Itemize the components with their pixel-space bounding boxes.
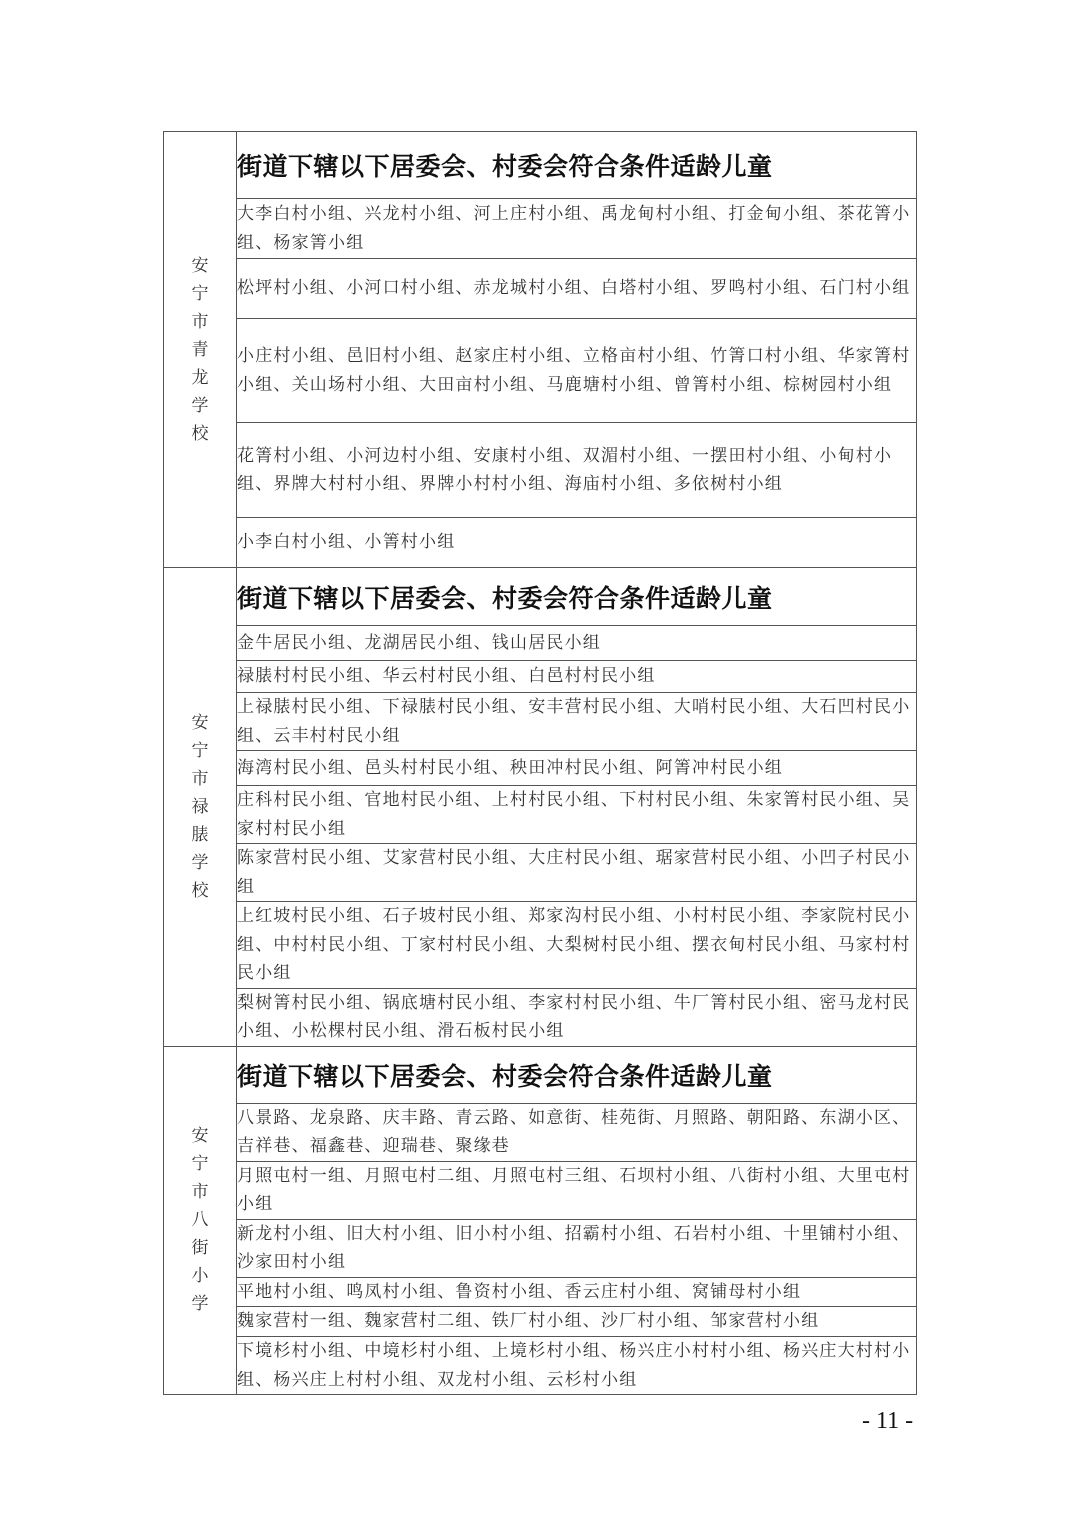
school-cell: 安宁市禄脿学校 (164, 568, 237, 1047)
table-row: 上禄脿村民小组、下禄脿村民小组、安丰营村民小组、大哨村民小组、大石凹村民小组、云… (237, 693, 917, 751)
block-header-row: 安宁市八街小学 街道下辖以下居委会、村委会符合条件适龄儿童 (164, 1046, 917, 1103)
block-header-row: 安宁市禄脿学校 街道下辖以下居委会、村委会符合条件适龄儿童 (164, 568, 917, 626)
table-row: 花箐村小组、小河边村小组、安康村小组、双湄村小组、一摆田村小组、小甸村小组、界牌… (237, 423, 917, 518)
table-row: 金牛居民小组、龙湖居民小组、钱山居民小组 (237, 626, 917, 661)
block-header-row: 安宁市青龙学校 街道下辖以下居委会、村委会符合条件适龄儿童 (164, 132, 917, 199)
block-header: 街道下辖以下居委会、村委会符合条件适龄儿童 (237, 132, 917, 199)
table-row: 小李白村小组、小箐村小组 (237, 518, 917, 568)
table-row: 上红坡村民小组、石子坡村民小组、郑家沟村民小组、小村村民小组、李家院村民小组、中… (237, 902, 917, 989)
school-cell: 安宁市青龙学校 (164, 132, 237, 568)
school-cell: 安宁市八街小学 (164, 1046, 237, 1395)
table-row: 下境杉村小组、中境杉村小组、上境杉村小组、杨兴庄小村村小组、杨兴庄大村村小组、杨… (237, 1337, 917, 1395)
block-header: 街道下辖以下居委会、村委会符合条件适龄儿童 (237, 1046, 917, 1103)
table-row: 大李白村小组、兴龙村小组、河上庄村小组、禹龙甸村小组、打金甸小组、茶花箐小组、杨… (237, 199, 917, 259)
table-row: 平地村小组、鸣凤村小组、鲁资村小组、香云庄村小组、窝铺母村小组 (237, 1277, 917, 1307)
table-row: 魏家营村一组、魏家营村二组、铁厂村小组、沙厂村小组、邹家营村小组 (237, 1307, 917, 1337)
table-row: 新龙村小组、旧大村小组、旧小村小组、招霸村小组、石岩村小组、十里铺村小组、沙家田… (237, 1219, 917, 1277)
table-row: 月照屯村一组、月照屯村二组、月照屯村三组、石坝村小组、八街村小组、大里屯村小组 (237, 1161, 917, 1219)
school-district-table: 安宁市青龙学校 街道下辖以下居委会、村委会符合条件适龄儿童 大李白村小组、兴龙村… (163, 131, 917, 1395)
school-name: 安宁市青龙学校 (192, 252, 209, 448)
table-row: 庄科村民小组、官地村民小组、上村村民小组、下村村民小组、朱家箐村民小组、吴家村村… (237, 786, 917, 844)
table-row: 陈家营村民小组、艾家营村民小组、大庄村民小组、琚家营村民小组、小凹子村民小组 (237, 844, 917, 902)
table-row: 禄脿村村民小组、华云村村民小组、白邑村村民小组 (237, 661, 917, 693)
school-name: 安宁市禄脿学校 (192, 709, 209, 905)
table-row: 八景路、龙泉路、庆丰路、青云路、如意街、桂苑街、月照路、朝阳路、东湖小区、吉祥巷… (237, 1103, 917, 1161)
table-row: 梨树箐村民小组、锅底塘村民小组、李家村村民小组、牛厂箐村民小组、密马龙村民小组、… (237, 988, 917, 1046)
table-row: 海湾村民小组、邑头村村民小组、秧田冲村民小组、阿箐冲村民小组 (237, 751, 917, 786)
page-number: - 11 - (862, 1408, 913, 1435)
table-row: 松坪村小组、小河口村小组、赤龙城村小组、白塔村小组、罗鸣村小组、石门村小组 (237, 259, 917, 319)
block-header: 街道下辖以下居委会、村委会符合条件适龄儿童 (237, 568, 917, 626)
table-row: 小庄村小组、邑旧村小组、赵家庄村小组、立格亩村小组、竹箐口村小组、华家箐村小组、… (237, 319, 917, 423)
school-name: 安宁市八街小学 (192, 1122, 209, 1318)
document-page: 安宁市青龙学校 街道下辖以下居委会、村委会符合条件适龄儿童 大李白村小组、兴龙村… (0, 0, 1080, 1527)
